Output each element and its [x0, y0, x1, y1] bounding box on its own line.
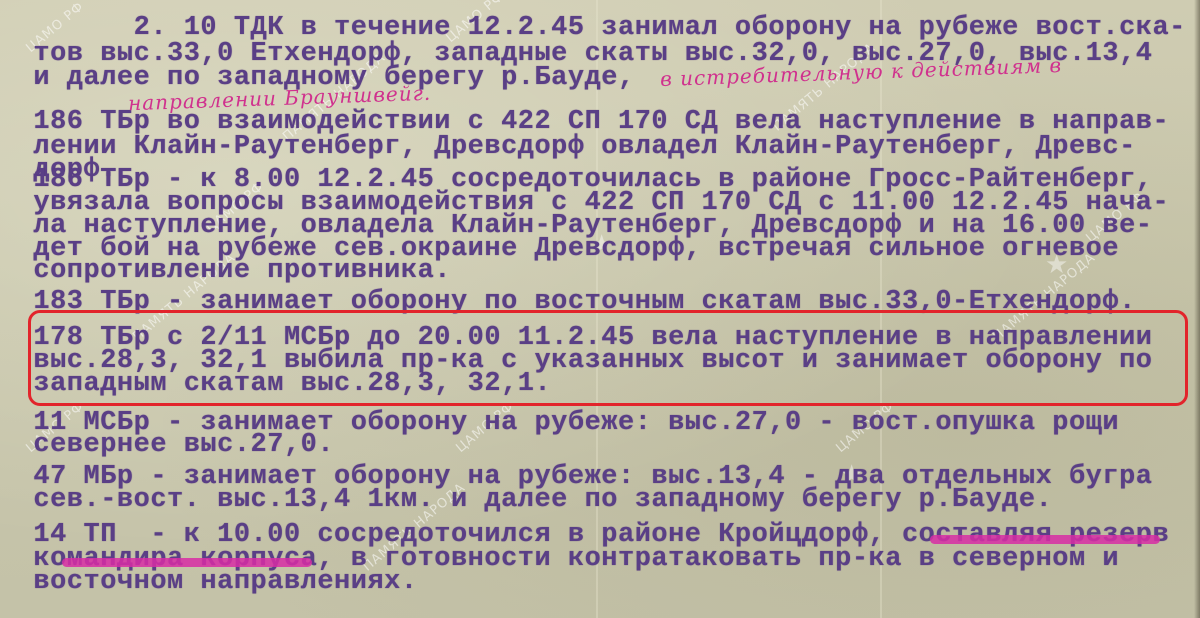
highlight-box — [28, 310, 1188, 406]
strikethrough-mark — [62, 558, 312, 567]
text-line: севернее выс.27,0. — [0, 431, 334, 459]
text-line: лении Клайн-Раутенберг, Древсдорф овладе… — [0, 133, 1136, 161]
text-line: сев.-вост. выс.13,4 1км. и далее по запа… — [0, 486, 1052, 514]
text-line: сопротивление противника. — [0, 257, 451, 285]
strikethrough-mark — [930, 535, 1160, 544]
page-edge — [1194, 0, 1200, 618]
text-line: восточном направлениях. — [0, 568, 418, 596]
text-line: 2. 10 ТДК в течение 12.2.45 занимал обор… — [0, 14, 1186, 42]
